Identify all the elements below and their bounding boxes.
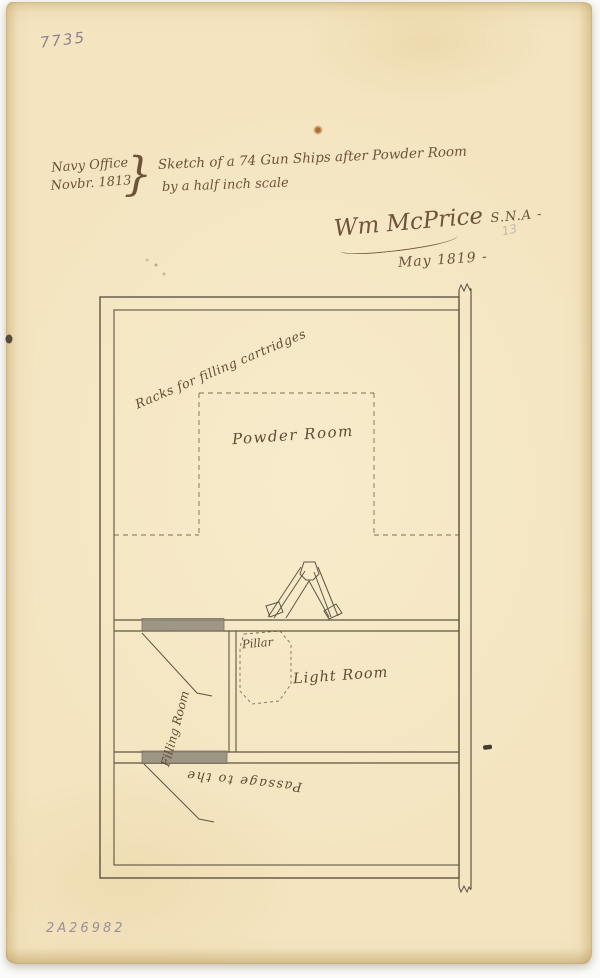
signature-suffix: S.N.A - — [490, 207, 543, 226]
aframe-hatch — [266, 562, 342, 619]
ship-side-column — [459, 284, 471, 892]
door-swing-upper — [142, 633, 212, 696]
archive-number-bottom: 2A26982 — [46, 922, 126, 937]
powder-room-outline — [114, 393, 459, 535]
paper-edge-speck — [6, 335, 13, 344]
label-pillar: Pillar — [241, 636, 273, 652]
filling-room-wall — [229, 631, 236, 752]
break-mark-bottom — [459, 886, 471, 892]
aframe-foot-left — [266, 602, 283, 617]
powder-room-plan-drawing — [0, 0, 600, 978]
navy-office-note: Navy Office Novbr. 1813 — [51, 156, 132, 194]
shaded-hatch-upper — [142, 619, 224, 632]
scanned-document: 7735 Navy Office Novbr. 1813 } Sketch of… — [0, 0, 600, 978]
break-mark-top — [459, 284, 471, 291]
shaded-hatch-lower — [142, 751, 227, 764]
ink-blot-mark — [483, 744, 492, 749]
brace-glyph: } — [124, 149, 152, 202]
